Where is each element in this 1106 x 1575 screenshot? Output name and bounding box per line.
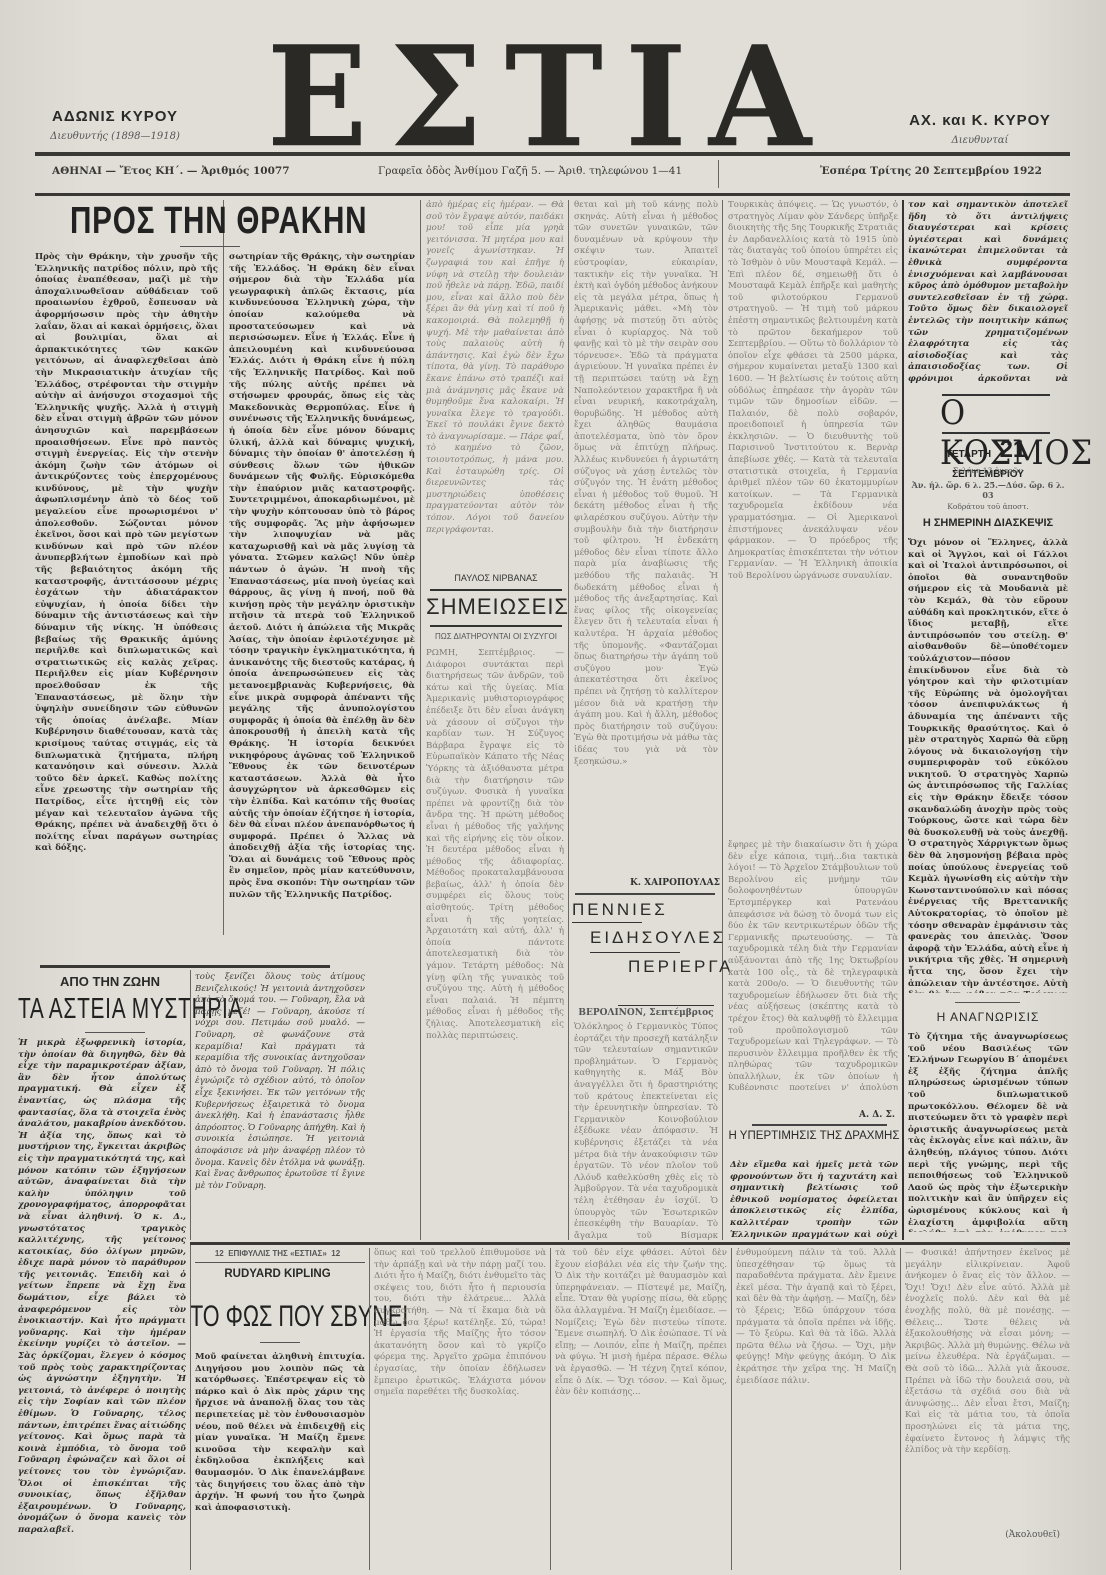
kipling-col4: ἐνθυμούμενη πάλιν τὰ τοῦ. Ἀλλὰ ὑπεσχέθησ…: [736, 1248, 896, 1570]
kosmos-day: ΤΕΤΑΡΤΗ: [946, 449, 991, 460]
notes-body: ΡΩΜΗ, Σεπτέμβριος. — Διάφοροι συντάκται …: [426, 648, 564, 1238]
column-divider: [369, 1248, 370, 1570]
news-dateline: ΒΕΡΟΛΙΝΟΝ, Σεπτέμβριος: [574, 1008, 718, 1018]
kosmos-sun: Ἀν. ἡλ. ὥρ. 6 λ. 25.—Δύσ. ὥρ. 6 λ. 03: [908, 480, 1068, 500]
column-divider: [550, 1248, 551, 1570]
news-underline: [618, 1005, 714, 1006]
infobar-divider: [718, 160, 719, 188]
recognition-headline: Η ΑΝΑΓΝΩΡΙΣΙΣ: [908, 1010, 1068, 1024]
kipling-col3: τὰ τοῦ δὲν εἶχε φθάσει. Αὐτοὶ δὲν ἔχουν …: [555, 1248, 727, 1570]
founder-name: ΑΔΩΝΙΣ ΚΥΡΟΥ: [40, 108, 190, 125]
column-divider: [722, 200, 723, 1240]
life-kicker: ΑΠΟ ΤΗΝ ΖΩΗΝ: [30, 974, 190, 989]
news-title-word2: ΕΙΔΗΣΟΥΛΕΣ: [590, 928, 726, 947]
founder-credit: ΑΔΩΝΙΣ ΚΥΡΟΥ Διευθυντής (1898—1918): [40, 108, 190, 142]
newspaper-logo: ΕΣΤΙΑ: [225, 37, 875, 158]
kosmos-date-number: 21: [1000, 436, 1027, 463]
drachma-body: Δὲν εἴμεθα καὶ ἡμεῖς μετὰ τῶν φρονούντων…: [730, 1160, 898, 1240]
feuilleton-rule: [190, 1242, 1070, 1245]
feuilleton-series: 12 ΕΠΙΦΥΛΛΙΣ ΤΗΣ «ΕΣΤΙΑΣ» 12: [190, 1249, 365, 1258]
issue-info-left: ΑΘΗΝΑΙ — Ἔτος ΚΗ΄. — Ἀριθμός 10077: [52, 165, 290, 177]
feuilleton-underline: [195, 1262, 365, 1263]
drachma-headline: Η ΥΠΕΡΤΙΜΗΣΙΣ ΤΗΣ ΔΡΑΧΜΗΣ: [726, 1130, 902, 1142]
column4-signature: Κ. ΧΑΙΡΟΠΟΥΛΑΣ: [620, 878, 720, 888]
issue-date: Ἐσπέρα Τρίτης 20 Σεπτεμβρίου 1922: [820, 165, 1042, 177]
column5-story-top: Τουρκικὰς ἀπόψεις. — Ὡς γνωστόν, ὁ στρατ…: [728, 200, 898, 840]
news-underline: [590, 952, 680, 953]
kosmos-saint: Κοδράτου τοῦ ἀποστ.: [908, 502, 1068, 511]
life-section-rule: [40, 965, 330, 968]
headline-underline: [180, 246, 240, 247]
news-title-word1: ΠΕΝΝΙΕΣ: [572, 900, 668, 919]
news-body: Ὁλόκληρος ὁ Γερμανικὸς Τύπος ἐορτάζει τὴ…: [574, 1022, 718, 1240]
feuilleton-number-right: 12: [331, 1249, 340, 1258]
life-col1: Ἡ μικρὰ ἐξωφρενικὴ ἱστορία, τὴν ὁποίαν θ…: [18, 1038, 186, 1568]
conference-headline: Η ΣΗΜΕΡΙΝΗ ΔΙΑΣΚΕΨΙΣ: [908, 517, 1068, 529]
kosmos-rule-bottom: [942, 432, 1050, 434]
masthead: ΕΣΤΙΑ ΑΔΩΝΙΣ ΚΥΡΟΥ Διευθυντής (1898—1918…: [0, 0, 1106, 150]
editors-credit: ΑΧ. και Κ. ΚΥΡΟΥ Διευθυνταί: [905, 112, 1055, 146]
kipling-col2: ὅπως καὶ τοῦ τρελλοῦ ἐπιθυμοῦσε νὰ τὴν ἁ…: [374, 1248, 546, 1570]
kipling-underline: [260, 1342, 300, 1343]
feuilleton-number-left: 12: [215, 1249, 224, 1258]
founder-role: Διευθυντής (1898—1918): [40, 131, 190, 142]
drachma-rule: [752, 1124, 887, 1126]
news-underline: [572, 922, 642, 923]
column4-story: θεται καὶ μὴ τοῦ κάνῃς πολὺ σκηνάς. Αὐτὴ…: [574, 200, 718, 850]
issue-info-center: Γραφεῖα ὁδὸς Ἀνθίμου Γαζῆ 5. — Ἀριθ. τηλ…: [378, 165, 682, 177]
conference-body: Ὄχι μόνον οἱ Ἕλληνες, ἀλλὰ καὶ οἱ Ἄγγλοι…: [908, 538, 1068, 993]
notes-subhead: ΠΩΣ ΔΙΑΤΗΡΟΥΝΤΑΙ ΟΙ ΣΥΖΥΓΟΙ: [426, 632, 566, 641]
thrace-article-col2: σωτηρίαν τῆς Θράκης, τὴν σωτηρίαν τῆς Ἑλ…: [229, 252, 415, 932]
kipling-col5: — Φυσικά! ἀπήντησεν ἐκεῖνος μὲ μεγάλην ε…: [905, 1248, 1070, 1528]
news-title-1: ΠΕΝΝΙΕΣ: [572, 900, 668, 920]
news-title-3: ΠΕΡΙΕΡΓΑ: [628, 957, 734, 977]
headline-thrace: ΠΡΟΣ ΤΗΝ ΘΡΑΚΗΝ: [70, 200, 367, 243]
kipling-continued: (Ἀκολουθεῖ): [990, 1530, 1060, 1540]
life-col2: τοὺς ξενίζει ὅλους τοὺς ἀτίμους Βενιζελι…: [195, 972, 365, 1240]
feuilleton-series-title: ΕΠΙΦΥΛΛΙΣ ΤΗΣ «ΕΣΤΙΑΣ»: [228, 1249, 327, 1258]
column-divider: [190, 1245, 191, 1570]
notes-rule-top: [430, 589, 562, 591]
masthead-rule: [35, 152, 1070, 156]
editors-name: ΑΧ. και Κ. ΚΥΡΟΥ: [905, 112, 1055, 129]
news-title-word3: ΠΕΡΙΕΡΓΑ: [628, 957, 734, 976]
column-divider: [902, 200, 904, 1240]
column5-story-bottom: ἔφηρες μὲ τὴν διακαίωσιν ὅτι ἡ χώρα δὲν …: [728, 840, 898, 1090]
news-title-2: ΕΙΔΗΣΟΥΛΕΣ: [590, 928, 726, 948]
newspaper-page: ΕΣΤΙΑ ΑΔΩΝΙΣ ΚΥΡΟΥ Διευθυντής (1898—1918…: [0, 0, 1106, 1575]
life-underline: [85, 1032, 145, 1033]
kosmos-moon: Σελήνη 13 ἡμερῶν: [908, 466, 1068, 475]
column-divider: [731, 1248, 732, 1570]
kipling-author: RUDYARD KIPLING: [190, 1268, 365, 1280]
news-rule: [575, 893, 715, 895]
column3-story: ἀπὸ ἡμέρας εἰς ἡμέραν. — Θὰ σοῦ τὸν ἔγρα…: [426, 200, 564, 565]
recognition-body: Τὸ ζήτημα τῆς ἀναγνωρίσεως τοῦ νέου Βασι…: [908, 1032, 1068, 1232]
notes-author: ΠΑΥΛΟΣ ΝΙΡΒΑΝΑΣ: [426, 573, 566, 583]
column-divider: [420, 200, 421, 1240]
notes-headline: ΣΗΜΕΙΩΣΕΙΣ: [426, 594, 566, 620]
editors-role: Διευθυνταί: [905, 135, 1055, 146]
thrace-article-col1: Πρὸς τὴν Θράκην, τὴν χρυσῆν τῆς Ἑλληνικῆ…: [35, 252, 218, 932]
column-divider: [900, 1248, 901, 1570]
column5-signature: Α. Δ. Σ.: [790, 1110, 895, 1120]
column-divider: [223, 200, 224, 935]
notes-rule-bottom: [430, 625, 562, 627]
editorial-right-body: τον καὶ σημαντικὸν ἀποτελεῖ ἤδη τὸ ὅτι ἀ…: [908, 200, 1068, 385]
infobar-rule: [35, 193, 1070, 196]
kipling-col1: Μοῦ φαίνεται ἀληθινὴ ἐπιτυχία. Διηγήσου …: [195, 1352, 365, 1570]
recognition-rule: [955, 1002, 1020, 1003]
column-divider: [568, 200, 569, 1240]
kosmos-date: ΤΕΤΑΡΤΗ 21 ΣΕΠΤΕΜΒΡΙΟΥ: [908, 436, 1068, 482]
column-divider: [190, 970, 191, 1240]
